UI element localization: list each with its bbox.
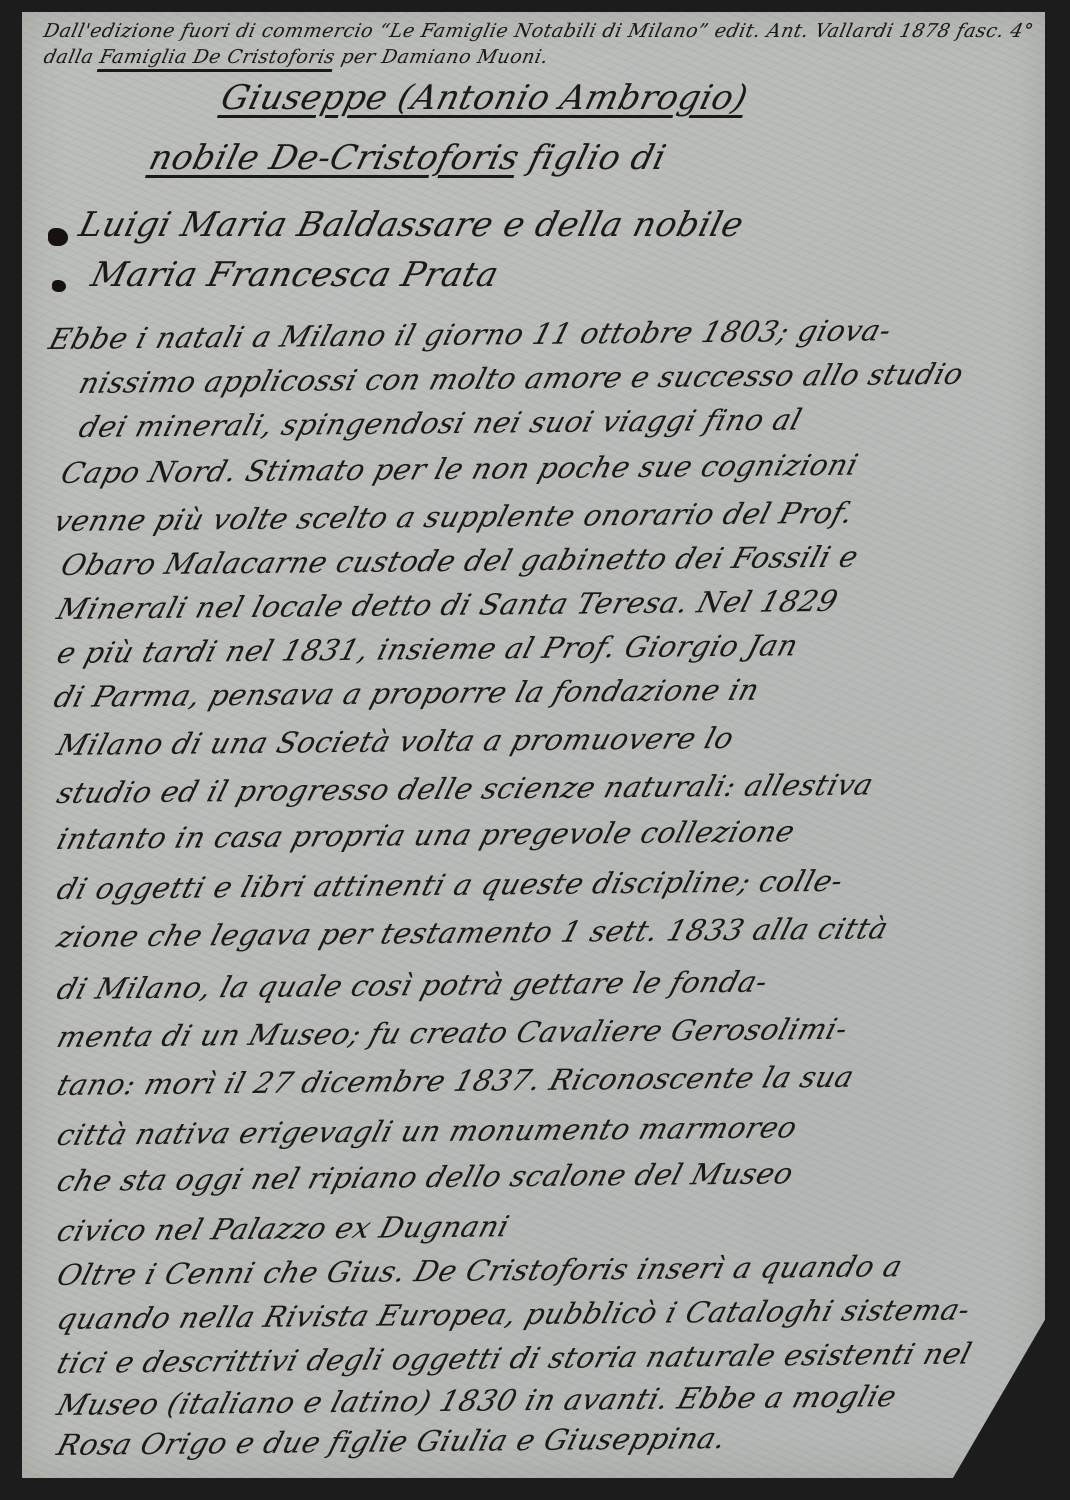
body-line: Rosa Origo e due figlie Giulia e Giusepp… bbox=[53, 1421, 730, 1462]
header-note-suffix: per Damiano Muoni. bbox=[333, 46, 551, 68]
header-note-line-2: dalla Famiglia De Cristoforis per Damian… bbox=[42, 46, 551, 68]
title-suffix: figlio di bbox=[514, 138, 671, 178]
header-note-line-1: Dall'edizione fuori di commercio “Le Fam… bbox=[42, 20, 1036, 42]
subject-surname: nobile De-Cristoforis bbox=[145, 138, 524, 178]
mother-name: Maria Francesca Prata bbox=[87, 255, 503, 295]
ink-blot bbox=[48, 228, 68, 246]
body-text: civico nel Palazzo ex Dugnani bbox=[53, 1209, 513, 1248]
father-name: Luigi Maria Baldassare e della nobile bbox=[75, 205, 748, 245]
ink-blot bbox=[52, 280, 66, 292]
family-name-underlined: Famiglia De Cristoforis bbox=[98, 46, 338, 68]
subject-full-name: Giuseppe (Antonio Ambrogio) bbox=[217, 78, 752, 118]
body-line: civico nel Palazzo ex Dugnani bbox=[53, 1209, 513, 1248]
title-line-4: Maria Francesca Prata bbox=[87, 255, 503, 295]
title-line-1: Giuseppe (Antonio Ambrogio) bbox=[217, 78, 752, 118]
body-text: Milano di una Società volta a promuovere… bbox=[53, 721, 738, 762]
body-text: Rosa Origo e due figlie Giulia e Giusepp… bbox=[53, 1421, 730, 1462]
title-line-3: Luigi Maria Baldassare e della nobile bbox=[75, 205, 748, 245]
header-note-text: Dall'edizione fuori di commercio “Le Fam… bbox=[42, 20, 1036, 42]
body-line: Milano di una Società volta a promuovere… bbox=[53, 721, 738, 762]
header-note-prefix: dalla bbox=[42, 46, 103, 68]
title-line-2: nobile De-Cristoforis figlio di bbox=[145, 138, 670, 178]
